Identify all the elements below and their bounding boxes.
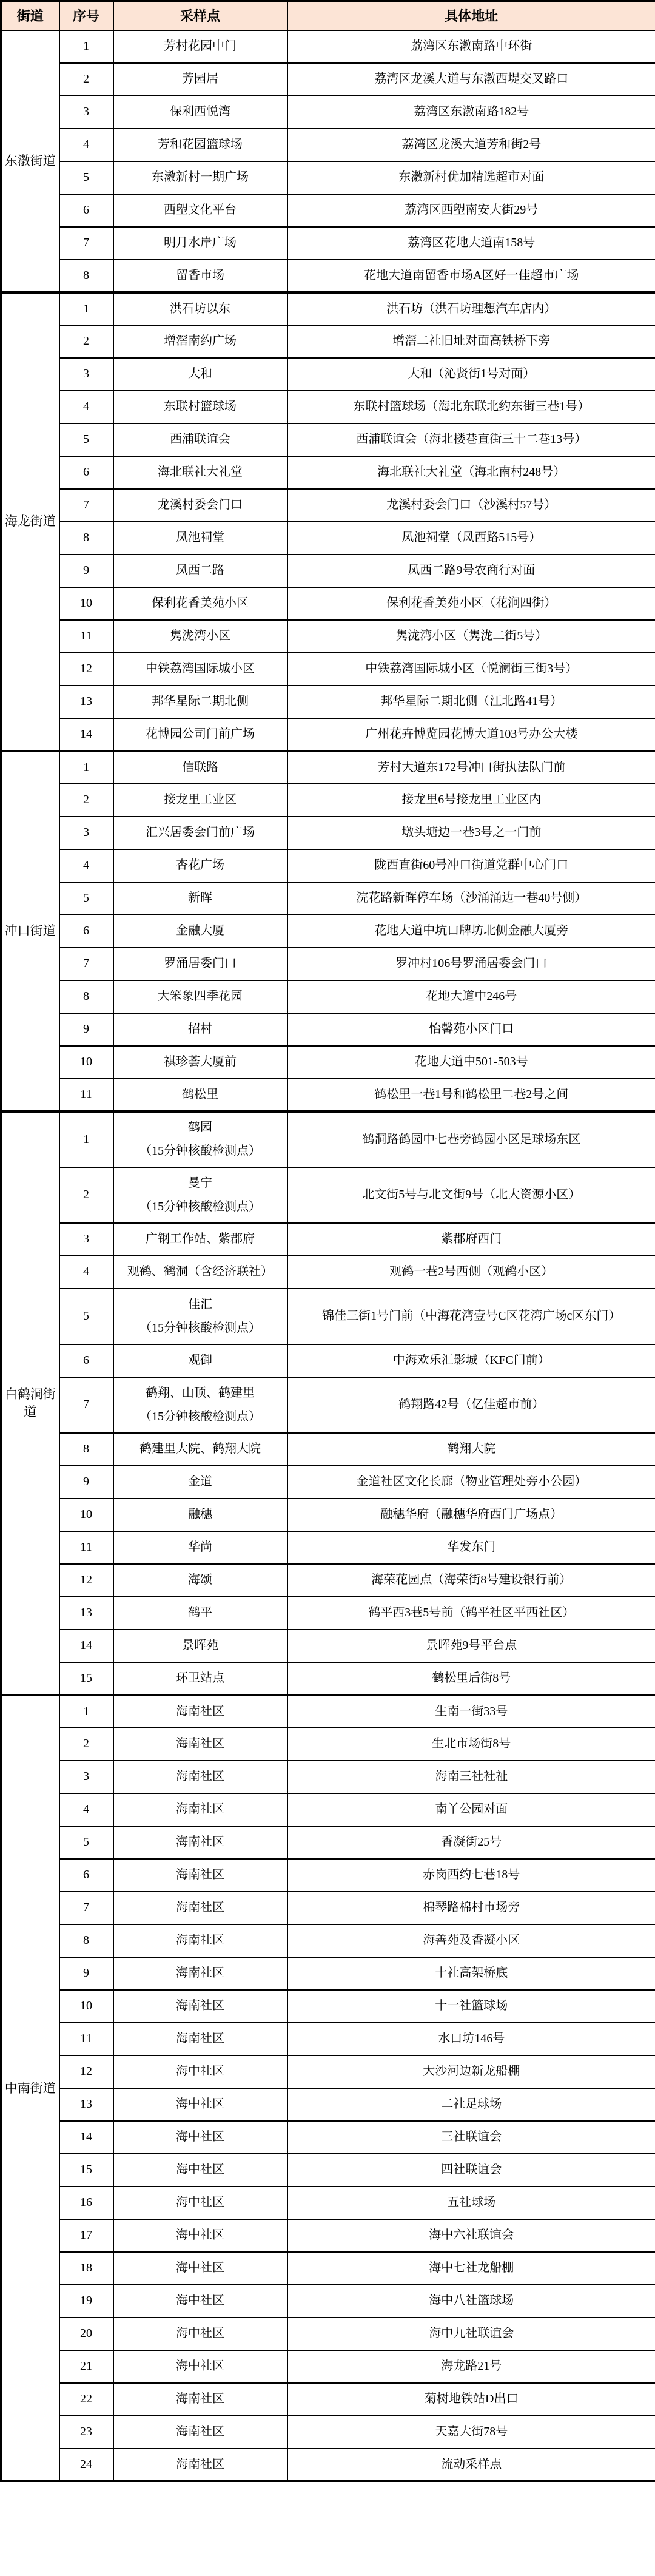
table-row: 5西浦联谊会西浦联谊会（海北楼巷直街三十二巷13号） bbox=[1, 423, 655, 456]
sampling-point-name: 海南社区 bbox=[176, 2392, 224, 2406]
row-index-cell: 12 bbox=[59, 2055, 113, 2088]
sampling-point-cell: 鹤松里 bbox=[113, 1079, 287, 1111]
sampling-point-name: 西浦联谊会 bbox=[170, 433, 230, 446]
row-index-cell: 3 bbox=[59, 1223, 113, 1256]
table-row: 17海中社区海中六社联谊会 bbox=[1, 2219, 655, 2252]
row-index-cell: 8 bbox=[59, 260, 113, 292]
sampling-point-name: 隽泷湾小区 bbox=[170, 629, 230, 642]
table-row: 13海中社区二社足球场 bbox=[1, 2088, 655, 2121]
table-row: 4芳和花园篮球场荔湾区龙溪大道芳和街2号 bbox=[1, 129, 655, 161]
sampling-point-cell: 鹤翔、山顶、鹤建里（15分钟核酸检测点） bbox=[113, 1377, 287, 1433]
table-row: 14景晖苑景晖苑9号平台点 bbox=[1, 1630, 655, 1662]
table-row: 11隽泷湾小区隽泷湾小区（隽泷二街5号） bbox=[1, 620, 655, 653]
table-row: 14海中社区三社联谊会 bbox=[1, 2121, 655, 2154]
address-cell: 海中六社联谊会 bbox=[287, 2219, 655, 2252]
table-row: 6海南社区赤岗西约七巷18号 bbox=[1, 1859, 655, 1892]
address-cell: 墩头塘边一巷3号之一门前 bbox=[287, 817, 655, 849]
address-cell: 赤岗西约七巷18号 bbox=[287, 1859, 655, 1892]
sampling-point-cell: 汇兴居委会门前广场 bbox=[113, 817, 287, 849]
sampling-point-cell: 鹤园（15分钟核酸检测点） bbox=[113, 1111, 287, 1167]
sampling-point-cell: 新晖 bbox=[113, 882, 287, 915]
table-header: 街道 序号 采样点 具体地址 bbox=[1, 1, 655, 30]
address-cell: 流动采样点 bbox=[287, 2449, 655, 2481]
table-row: 8大笨象四季花园花地大道中246号 bbox=[1, 980, 655, 1013]
sampling-point-cell: 融穗 bbox=[113, 1499, 287, 1531]
sampling-point-cell: 招村 bbox=[113, 1013, 287, 1046]
table-row: 7罗涌居委门口罗冲村106号罗涌居委会门口 bbox=[1, 948, 655, 980]
table-row: 中南街道1海南社区生南一街33号 bbox=[1, 1695, 655, 1728]
row-index-cell: 6 bbox=[59, 456, 113, 489]
row-index-cell: 19 bbox=[59, 2285, 113, 2318]
sampling-point-cell: 洪石坊以东 bbox=[113, 292, 287, 325]
street-name-cell: 海龙街道 bbox=[1, 292, 59, 751]
sampling-point-name: 芳和花园篮球场 bbox=[158, 138, 243, 151]
sampling-point-cell: 曼宁（15分钟核酸检测点） bbox=[113, 1167, 287, 1223]
sampling-point-cell: 接龙里工业区 bbox=[113, 784, 287, 817]
sampling-point-name: 佳汇 bbox=[188, 1298, 212, 1311]
row-index-cell: 14 bbox=[59, 718, 113, 751]
table-row: 7海南社区棉琴路棉村市场旁 bbox=[1, 1892, 655, 1924]
sampling-point-name: 观鹤、鹤洞（含经济联社） bbox=[127, 1265, 273, 1278]
sampling-point-name: 海北联社大礼堂 bbox=[158, 465, 243, 479]
header-street: 街道 bbox=[1, 1, 59, 30]
address-cell: 海龙路21号 bbox=[287, 2350, 655, 2383]
sampling-point-name: 罗涌居委门口 bbox=[164, 957, 237, 970]
sampling-point-cell: 保利花香美苑小区 bbox=[113, 587, 287, 620]
table-row: 4观鹤、鹤洞（含经济联社）观鹤一巷2号西侧（观鹤小区） bbox=[1, 1256, 655, 1289]
address-cell: 香凝街25号 bbox=[287, 1826, 655, 1859]
sampling-point-name: 海中社区 bbox=[176, 2294, 224, 2307]
sampling-point-cell: 留香市场 bbox=[113, 260, 287, 292]
sampling-point-name: 海南社区 bbox=[176, 2458, 224, 2471]
row-index-cell: 1 bbox=[59, 751, 113, 784]
address-cell: 花地大道中坑口牌坊北侧金融大厦旁 bbox=[287, 915, 655, 948]
table-row: 4海南社区南丫公园对面 bbox=[1, 1793, 655, 1826]
address-cell: 荔湾区龙溪大道芳和街2号 bbox=[287, 129, 655, 161]
sampling-point-name: 曼宁 bbox=[188, 1176, 212, 1190]
sampling-point-cell: 海南社区 bbox=[113, 1859, 287, 1892]
row-index-cell: 11 bbox=[59, 1531, 113, 1564]
sampling-point-name: 华尚 bbox=[188, 1540, 212, 1554]
sampling-point-name: 观御 bbox=[188, 1354, 212, 1367]
sampling-point-name: 海中社区 bbox=[176, 2228, 224, 2242]
sampling-point-name: 鹤建里大院、鹤翔大院 bbox=[139, 1442, 261, 1455]
table-row: 6海北联社大礼堂海北联社大礼堂（海北南村248号） bbox=[1, 456, 655, 489]
row-index-cell: 3 bbox=[59, 96, 113, 129]
sampling-point-cell: 海南社区 bbox=[113, 1957, 287, 1990]
row-index-cell: 1 bbox=[59, 30, 113, 63]
address-cell: 荔湾区花地大道南158号 bbox=[287, 227, 655, 260]
sampling-point-cell: 海南社区 bbox=[113, 1924, 287, 1957]
table-row: 22海南社区菊树地铁站D出口 bbox=[1, 2383, 655, 2416]
address-cell: 十一社篮球场 bbox=[287, 1990, 655, 2023]
address-cell: 十社高架桥底 bbox=[287, 1957, 655, 1990]
address-cell: 生南一街33号 bbox=[287, 1695, 655, 1728]
row-index-cell: 22 bbox=[59, 2383, 113, 2416]
table-row: 8鹤建里大院、鹤翔大院鹤翔大院 bbox=[1, 1433, 655, 1466]
address-cell: 凤池祠堂（凤西路515号） bbox=[287, 522, 655, 555]
address-cell: 海善苑及香凝小区 bbox=[287, 1924, 655, 1957]
address-cell: 接龙里6号接龙里工业区内 bbox=[287, 784, 655, 817]
table-row: 东漖街道1芳村花园中门荔湾区东漖南路中环街 bbox=[1, 30, 655, 63]
sampling-point-name: 海南社区 bbox=[176, 1901, 224, 1914]
sampling-point-note: （15分钟核酸检测点） bbox=[116, 1199, 284, 1215]
table-row: 15环卫站点鹤松里后街8号 bbox=[1, 1662, 655, 1695]
address-cell: 洪石坊（洪石坊理想汽车店内） bbox=[287, 292, 655, 325]
sampling-point-note: （15分钟核酸检测点） bbox=[116, 1143, 284, 1159]
row-index-cell: 2 bbox=[59, 325, 113, 358]
address-cell: 芳村大道东172号冲口街执法队门前 bbox=[287, 751, 655, 784]
row-index-cell: 2 bbox=[59, 1728, 113, 1761]
address-cell: 增滘二社旧址对面高铁桥下旁 bbox=[287, 325, 655, 358]
sampling-point-cell: 凤西二路 bbox=[113, 555, 287, 587]
sampling-point-cell: 西塱文化平台 bbox=[113, 194, 287, 227]
row-index-cell: 7 bbox=[59, 1377, 113, 1433]
address-cell: 锦佳三街1号门前（中海花湾壹号C区花湾广场c区东门） bbox=[287, 1289, 655, 1344]
sampling-point-name: 芳园居 bbox=[182, 72, 218, 86]
table-row: 2芳园居荔湾区龙溪大道与东漖西堤交叉路口 bbox=[1, 63, 655, 96]
header-address: 具体地址 bbox=[287, 1, 655, 30]
row-index-cell: 7 bbox=[59, 948, 113, 980]
sampling-point-name: 凤西二路 bbox=[176, 564, 224, 577]
address-cell: 海中八社篮球场 bbox=[287, 2285, 655, 2318]
row-index-cell: 13 bbox=[59, 2088, 113, 2121]
sampling-point-cell: 隽泷湾小区 bbox=[113, 620, 287, 653]
sampling-point-cell: 海南社区 bbox=[113, 1695, 287, 1728]
address-cell: 海荣花园点（海荣街8号建设银行前） bbox=[287, 1564, 655, 1597]
row-index-cell: 5 bbox=[59, 1826, 113, 1859]
sampling-point-cell: 海南社区 bbox=[113, 1826, 287, 1859]
row-index-cell: 1 bbox=[59, 1111, 113, 1167]
row-index-cell: 11 bbox=[59, 620, 113, 653]
sampling-point-name: 海南社区 bbox=[176, 2032, 224, 2045]
row-index-cell: 18 bbox=[59, 2252, 113, 2285]
row-index-cell: 9 bbox=[59, 1466, 113, 1499]
row-index-cell: 5 bbox=[59, 423, 113, 456]
table-row: 8海南社区海善苑及香凝小区 bbox=[1, 1924, 655, 1957]
table-row: 4东联村篮球场东联村篮球场（海北东联北约东街三巷1号） bbox=[1, 391, 655, 423]
street-name-cell: 白鹤洞街道 bbox=[1, 1111, 59, 1695]
sampling-point-cell: 海南社区 bbox=[113, 2416, 287, 2449]
sampling-point-cell: 海南社区 bbox=[113, 2449, 287, 2481]
table-row: 海龙街道1洪石坊以东洪石坊（洪石坊理想汽车店内） bbox=[1, 292, 655, 325]
sampling-point-name: 芳村花园中门 bbox=[164, 39, 237, 53]
sampling-point-cell: 环卫站点 bbox=[113, 1662, 287, 1695]
sampling-point-cell: 景晖苑 bbox=[113, 1630, 287, 1662]
row-index-cell: 8 bbox=[59, 980, 113, 1013]
sampling-point-cell: 东漖新村一期广场 bbox=[113, 161, 287, 194]
row-index-cell: 9 bbox=[59, 1013, 113, 1046]
row-index-cell: 14 bbox=[59, 2121, 113, 2154]
row-index-cell: 4 bbox=[59, 1256, 113, 1289]
row-index-cell: 6 bbox=[59, 1859, 113, 1892]
sampling-point-name: 大笨象四季花园 bbox=[158, 990, 243, 1003]
table-row: 18海中社区海中七社龙船棚 bbox=[1, 2252, 655, 2285]
sampling-point-name: 鹤翔、山顶、鹤建里 bbox=[146, 1386, 255, 1400]
row-index-cell: 7 bbox=[59, 489, 113, 522]
sampling-point-name: 融穗 bbox=[188, 1508, 212, 1521]
sampling-point-cell: 观鹤、鹤洞（含经济联社） bbox=[113, 1256, 287, 1289]
address-cell: 水口坊146号 bbox=[287, 2023, 655, 2055]
sampling-point-name: 接龙里工业区 bbox=[164, 793, 237, 806]
street-name-cell: 中南街道 bbox=[1, 1695, 59, 2481]
row-index-cell: 8 bbox=[59, 1924, 113, 1957]
address-cell: 西浦联谊会（海北楼巷直街三十二巷13号） bbox=[287, 423, 655, 456]
address-cell: 鹤松里后街8号 bbox=[287, 1662, 655, 1695]
address-cell: 鹤翔大院 bbox=[287, 1433, 655, 1466]
address-cell: 东漖新村优加精选超市对面 bbox=[287, 161, 655, 194]
row-index-cell: 13 bbox=[59, 1597, 113, 1630]
table-row: 5新晖浣花路新晖停车场（沙涌涌边一巷40号侧） bbox=[1, 882, 655, 915]
sampling-point-cell: 海中社区 bbox=[113, 2055, 287, 2088]
table-row: 13邦华星际二期北侧邦华星际二期北侧（江北路41号） bbox=[1, 686, 655, 718]
row-index-cell: 6 bbox=[59, 194, 113, 227]
row-index-cell: 9 bbox=[59, 555, 113, 587]
row-index-cell: 16 bbox=[59, 2187, 113, 2219]
sampling-point-name: 海中社区 bbox=[176, 2097, 224, 2111]
row-index-cell: 10 bbox=[59, 1990, 113, 2023]
table-row: 7鹤翔、山顶、鹤建里（15分钟核酸检测点）鹤翔路42号（亿佳超市前） bbox=[1, 1377, 655, 1433]
table-row: 24海南社区流动采样点 bbox=[1, 2449, 655, 2481]
address-cell: 怡馨苑小区门口 bbox=[287, 1013, 655, 1046]
sampling-point-name: 海南社区 bbox=[176, 2425, 224, 2438]
row-index-cell: 1 bbox=[59, 1695, 113, 1728]
header-index: 序号 bbox=[59, 1, 113, 30]
table-row: 6观御中海欢乐汇影城（KFC门前） bbox=[1, 1344, 655, 1377]
sampling-point-name: 杏花广场 bbox=[176, 858, 224, 872]
sampling-point-cell: 海南社区 bbox=[113, 1990, 287, 2023]
address-cell: 陇西直街60号冲口街道党群中心门口 bbox=[287, 849, 655, 882]
table-row: 6西塱文化平台荔湾区西塱南安大街29号 bbox=[1, 194, 655, 227]
table-row: 10海南社区十一社篮球场 bbox=[1, 1990, 655, 2023]
sampling-point-name: 海南社区 bbox=[176, 1934, 224, 1947]
sampling-point-name: 海南社区 bbox=[176, 1966, 224, 1980]
sampling-point-name: 海南社区 bbox=[176, 1835, 224, 1849]
address-cell: 海南三社社祉 bbox=[287, 1761, 655, 1793]
address-cell: 棉琴路棉村市场旁 bbox=[287, 1892, 655, 1924]
sampling-point-cell: 祺珍荟大厦前 bbox=[113, 1046, 287, 1079]
table-row: 3大和大和（沁贤街1号对面） bbox=[1, 358, 655, 391]
table-row: 12中铁荔湾国际城小区中铁荔湾国际城小区（悦澜街三街3号） bbox=[1, 653, 655, 686]
row-index-cell: 2 bbox=[59, 1167, 113, 1223]
sampling-point-name: 鹤平 bbox=[188, 1606, 212, 1619]
sampling-point-name: 海南社区 bbox=[176, 1705, 224, 1718]
address-cell: 鹤翔路42号（亿佳超市前） bbox=[287, 1377, 655, 1433]
sampling-point-note: （15分钟核酸检测点） bbox=[116, 1409, 284, 1425]
address-cell: 龙溪村委会门口（沙溪村57号） bbox=[287, 489, 655, 522]
table-row: 20海中社区海中九社联谊会 bbox=[1, 2318, 655, 2350]
row-index-cell: 23 bbox=[59, 2416, 113, 2449]
sampling-point-name: 海中社区 bbox=[176, 2261, 224, 2274]
sampling-point-cell: 芳园居 bbox=[113, 63, 287, 96]
sampling-point-name: 海中社区 bbox=[176, 2196, 224, 2209]
table-row: 3保利西悦湾荔湾区东漖南路182号 bbox=[1, 96, 655, 129]
row-index-cell: 4 bbox=[59, 1793, 113, 1826]
sampling-point-cell: 中铁荔湾国际城小区 bbox=[113, 653, 287, 686]
table-row: 8留香市场花地大道南留香市场A区好一佳超市广场 bbox=[1, 260, 655, 292]
address-cell: 鹤松里一巷1号和鹤松里二巷2号之间 bbox=[287, 1079, 655, 1111]
table-row: 14花博园公司门前广场广州花卉博览园花博大道103号办公大楼 bbox=[1, 718, 655, 751]
table-row: 3汇兴居委会门前广场墩头塘边一巷3号之一门前 bbox=[1, 817, 655, 849]
table-row: 5东漖新村一期广场东漖新村优加精选超市对面 bbox=[1, 161, 655, 194]
address-cell: 大沙河边新龙船棚 bbox=[287, 2055, 655, 2088]
sampling-point-cell: 鹤建里大院、鹤翔大院 bbox=[113, 1433, 287, 1466]
sampling-point-name: 鹤松里 bbox=[182, 1088, 218, 1101]
row-index-cell: 13 bbox=[59, 686, 113, 718]
address-cell: 景晖苑9号平台点 bbox=[287, 1630, 655, 1662]
row-index-cell: 2 bbox=[59, 784, 113, 817]
table-row: 15海中社区四社联谊会 bbox=[1, 2154, 655, 2187]
sampling-point-cell: 海南社区 bbox=[113, 1761, 287, 1793]
table-row: 6金融大厦花地大道中坑口牌坊北侧金融大厦旁 bbox=[1, 915, 655, 948]
address-cell: 荔湾区东漖南路182号 bbox=[287, 96, 655, 129]
sampling-point-cell: 海中社区 bbox=[113, 2219, 287, 2252]
row-index-cell: 15 bbox=[59, 1662, 113, 1695]
row-index-cell: 15 bbox=[59, 2154, 113, 2187]
sampling-point-cell: 芳和花园篮球场 bbox=[113, 129, 287, 161]
sampling-point-name: 海南社区 bbox=[176, 1737, 224, 1750]
sampling-point-name: 海中社区 bbox=[176, 2163, 224, 2176]
sampling-point-cell: 金融大厦 bbox=[113, 915, 287, 948]
sampling-point-cell: 保利西悦湾 bbox=[113, 96, 287, 129]
sampling-point-cell: 广钢工作站、紫郡府 bbox=[113, 1223, 287, 1256]
sampling-point-cell: 海南社区 bbox=[113, 2023, 287, 2055]
sampling-point-name: 东漖新村一期广场 bbox=[152, 170, 249, 184]
table-row: 10祺珍荟大厦前花地大道中501-503号 bbox=[1, 1046, 655, 1079]
sampling-point-name: 花博园公司门前广场 bbox=[146, 727, 255, 741]
row-index-cell: 2 bbox=[59, 63, 113, 96]
sampling-point-name: 海中社区 bbox=[176, 2359, 224, 2373]
row-index-cell: 5 bbox=[59, 882, 113, 915]
sampling-point-cell: 大和 bbox=[113, 358, 287, 391]
table-row: 9凤西二路凤西二路9号农商行对面 bbox=[1, 555, 655, 587]
row-index-cell: 3 bbox=[59, 817, 113, 849]
sampling-point-name: 明月水岸广场 bbox=[164, 236, 237, 249]
table-row: 3广钢工作站、紫郡府紫郡府西门 bbox=[1, 1223, 655, 1256]
sampling-point-name: 汇兴居委会门前广场 bbox=[146, 826, 255, 839]
sampling-point-cell: 海中社区 bbox=[113, 2154, 287, 2187]
sampling-point-name: 洪石坊以东 bbox=[170, 302, 230, 315]
address-cell: 花地大道中501-503号 bbox=[287, 1046, 655, 1079]
sampling-point-cell: 海南社区 bbox=[113, 2383, 287, 2416]
sampling-point-name: 龙溪村委会门口 bbox=[158, 498, 243, 511]
row-index-cell: 1 bbox=[59, 292, 113, 325]
table-row: 12海中社区大沙河边新龙船棚 bbox=[1, 2055, 655, 2088]
address-cell: 荔湾区东漖南路中环街 bbox=[287, 30, 655, 63]
address-cell: 菊树地铁站D出口 bbox=[287, 2383, 655, 2416]
row-index-cell: 7 bbox=[59, 227, 113, 260]
table-row: 2海南社区生北市场街8号 bbox=[1, 1728, 655, 1761]
table-row: 23海南社区天嘉大街78号 bbox=[1, 2416, 655, 2449]
address-cell: 华发东门 bbox=[287, 1531, 655, 1564]
table-row: 16海中社区五社球场 bbox=[1, 2187, 655, 2219]
address-cell: 金道社区文化长廊（物业管理处旁小公园） bbox=[287, 1466, 655, 1499]
address-cell: 海中九社联谊会 bbox=[287, 2318, 655, 2350]
sampling-point-cell: 东联村篮球场 bbox=[113, 391, 287, 423]
row-index-cell: 12 bbox=[59, 1564, 113, 1597]
table-row: 2曼宁（15分钟核酸检测点）北文街5号与北文街9号（北大资源小区） bbox=[1, 1167, 655, 1223]
sampling-point-cell: 海中社区 bbox=[113, 2088, 287, 2121]
address-cell: 隽泷湾小区（隽泷二街5号） bbox=[287, 620, 655, 653]
sampling-point-cell: 佳汇（15分钟核酸检测点） bbox=[113, 1289, 287, 1344]
table-row: 3海南社区海南三社社祉 bbox=[1, 1761, 655, 1793]
table-row: 11海南社区水口坊146号 bbox=[1, 2023, 655, 2055]
row-index-cell: 6 bbox=[59, 915, 113, 948]
table-row: 21海中社区海龙路21号 bbox=[1, 2350, 655, 2383]
sampling-point-name: 凤池祠堂 bbox=[176, 531, 224, 544]
address-cell: 中海欢乐汇影城（KFC门前） bbox=[287, 1344, 655, 1377]
address-cell: 罗冲村106号罗涌居委会门口 bbox=[287, 948, 655, 980]
sampling-point-name: 海南社区 bbox=[176, 1999, 224, 2012]
address-cell: 海中七社龙船棚 bbox=[287, 2252, 655, 2285]
sampling-point-cell: 罗涌居委门口 bbox=[113, 948, 287, 980]
table-row: 7明月水岸广场荔湾区花地大道南158号 bbox=[1, 227, 655, 260]
address-cell: 二社足球场 bbox=[287, 2088, 655, 2121]
table-row: 7龙溪村委会门口龙溪村委会门口（沙溪村57号） bbox=[1, 489, 655, 522]
sampling-point-name: 海颂 bbox=[188, 1573, 212, 1586]
sampling-point-name: 海中社区 bbox=[176, 2065, 224, 2078]
row-index-cell: 21 bbox=[59, 2350, 113, 2383]
sampling-point-name: 东联村篮球场 bbox=[164, 400, 237, 413]
row-index-cell: 6 bbox=[59, 1344, 113, 1377]
header-row: 街道 序号 采样点 具体地址 bbox=[1, 1, 655, 30]
sampling-point-cell: 海北联社大礼堂 bbox=[113, 456, 287, 489]
sampling-point-cell: 芳村花园中门 bbox=[113, 30, 287, 63]
sampling-point-name: 西塱文化平台 bbox=[164, 203, 237, 217]
address-cell: 五社球场 bbox=[287, 2187, 655, 2219]
table-row: 9金道金道社区文化长廊（物业管理处旁小公园） bbox=[1, 1466, 655, 1499]
address-cell: 荔湾区西塱南安大街29号 bbox=[287, 194, 655, 227]
sampling-point-cell: 海中社区 bbox=[113, 2121, 287, 2154]
sampling-point-cell: 增滘南约广场 bbox=[113, 325, 287, 358]
street-name-cell: 东漖街道 bbox=[1, 30, 59, 292]
sampling-point-cell: 海中社区 bbox=[113, 2187, 287, 2219]
address-cell: 天嘉大街78号 bbox=[287, 2416, 655, 2449]
sampling-point-cell: 龙溪村委会门口 bbox=[113, 489, 287, 522]
address-cell: 鹤洞路鹤园中七巷旁鹤园小区足球场东区 bbox=[287, 1111, 655, 1167]
sampling-point-cell: 信联路 bbox=[113, 751, 287, 784]
address-cell: 凤西二路9号农商行对面 bbox=[287, 555, 655, 587]
table-row: 2接龙里工业区接龙里6号接龙里工业区内 bbox=[1, 784, 655, 817]
table-row: 10保利花香美苑小区保利花香美苑小区（花涧四街） bbox=[1, 587, 655, 620]
sampling-point-name: 海南社区 bbox=[176, 1770, 224, 1783]
sampling-point-cell: 大笨象四季花园 bbox=[113, 980, 287, 1013]
address-cell: 紫郡府西门 bbox=[287, 1223, 655, 1256]
sampling-point-cell: 花博园公司门前广场 bbox=[113, 718, 287, 751]
address-cell: 四社联谊会 bbox=[287, 2154, 655, 2187]
sampling-point-name: 祺珍荟大厦前 bbox=[164, 1055, 237, 1068]
sampling-sites-table: 街道 序号 采样点 具体地址 东漖街道1芳村花园中门荔湾区东漖南路中环街2芳园居… bbox=[0, 0, 655, 2482]
address-cell: 荔湾区龙溪大道与东漖西堤交叉路口 bbox=[287, 63, 655, 96]
sampling-point-name: 留香市场 bbox=[176, 269, 224, 282]
sampling-point-name: 招村 bbox=[188, 1022, 212, 1036]
sampling-point-cell: 海南社区 bbox=[113, 1793, 287, 1826]
address-cell: 三社联谊会 bbox=[287, 2121, 655, 2154]
table-row: 13鹤平鹤平西3巷5号前（鹤平社区平西社区） bbox=[1, 1597, 655, 1630]
sampling-point-cell: 华尚 bbox=[113, 1531, 287, 1564]
row-index-cell: 11 bbox=[59, 1079, 113, 1111]
sampling-point-name: 鹤园 bbox=[188, 1121, 212, 1134]
address-cell: 邦华星际二期北侧（江北路41号） bbox=[287, 686, 655, 718]
sampling-point-cell: 观御 bbox=[113, 1344, 287, 1377]
row-index-cell: 10 bbox=[59, 587, 113, 620]
sampling-point-cell: 西浦联谊会 bbox=[113, 423, 287, 456]
address-cell: 观鹤一巷2号西侧（观鹤小区） bbox=[287, 1256, 655, 1289]
sampling-point-cell: 海中社区 bbox=[113, 2350, 287, 2383]
sampling-point-name: 大和 bbox=[188, 367, 212, 380]
table-row: 5佳汇（15分钟核酸检测点）锦佳三街1号门前（中海花湾壹号C区花湾广场c区东门） bbox=[1, 1289, 655, 1344]
row-index-cell: 14 bbox=[59, 1630, 113, 1662]
